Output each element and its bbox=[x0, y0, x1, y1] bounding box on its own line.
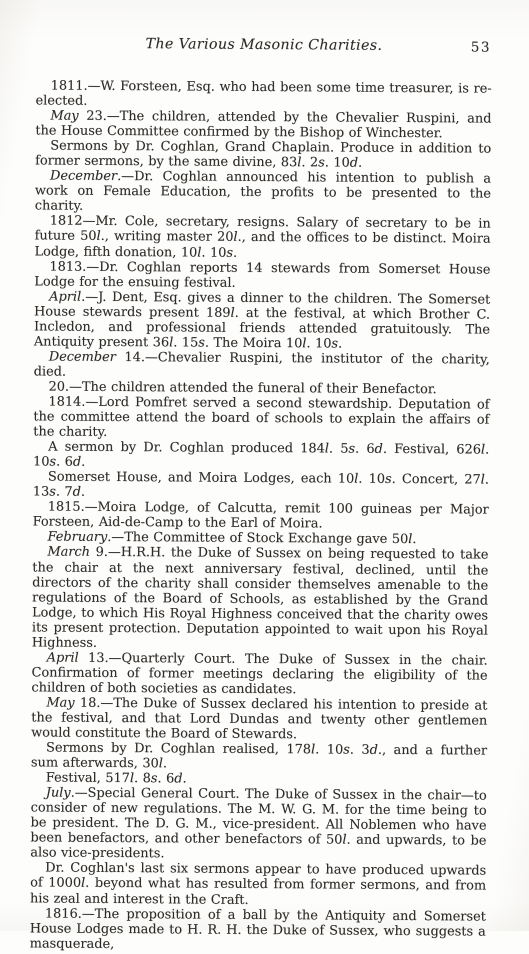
paragraph: December.—Dr. Coghlan announced his inte… bbox=[35, 169, 491, 217]
paragraph: Somerset House, and Moira Lodges, each 1… bbox=[33, 470, 489, 503]
paragraph: April.—J. Dent, Esq. gives a dinner to t… bbox=[34, 289, 490, 352]
paragraph: December 14.—Chevalier Ruspini, the inst… bbox=[34, 349, 490, 382]
paragraph: May 18.—The Duke of Sussex declared his … bbox=[31, 695, 487, 743]
paragraph: April 13.—Quarterly Court. The Duke of S… bbox=[31, 650, 487, 698]
paragraph: 1816.—The proposition of a ball by the A… bbox=[30, 906, 486, 931]
running-title: The Various Masonic Charities. bbox=[36, 36, 492, 54]
paragraph: Sermons by Dr. Coghlan realised, 178l. 1… bbox=[31, 740, 487, 773]
paragraph: 1811.—W. Forsteen, Esq. who had been som… bbox=[36, 78, 492, 111]
paragraph: Sermons by Dr. Coghlan, Grand Chaplain. … bbox=[35, 139, 491, 172]
scanned-page: The Various Masonic Charities. 53 1811.—… bbox=[0, 0, 529, 931]
paragraph: March 9.—H.R.H. the Duke of Sussex on be… bbox=[32, 545, 489, 654]
paragraph: 1812—Mr. Cole, secretary, resigns. Salar… bbox=[34, 214, 490, 262]
paragraph: July.—Special General Court. The Duke of… bbox=[30, 786, 487, 864]
text-block: The Various Masonic Charities. 53 1811.—… bbox=[30, 36, 492, 931]
page-header: The Various Masonic Charities. 53 bbox=[36, 36, 492, 56]
paragraph: 1813.—Dr. Coghlan reports 14 stewards fr… bbox=[34, 259, 490, 292]
page-body: 1811.—W. Forsteen, Esq. who had been som… bbox=[30, 78, 492, 931]
paragraph: A sermon by Dr. Coghlan produced 184l. 5… bbox=[33, 440, 489, 473]
paragraph: 1815.—Moira Lodge, of Calcutta, remit 10… bbox=[33, 500, 489, 533]
paragraph: May 23.—The children, attended by the Ch… bbox=[35, 108, 491, 141]
paragraph: 1814.—Lord Pomfret served a second stewa… bbox=[33, 394, 489, 442]
paragraph: Dr. Coghlan's last six sermons appear to… bbox=[30, 861, 486, 909]
page-number: 53 bbox=[471, 40, 491, 55]
